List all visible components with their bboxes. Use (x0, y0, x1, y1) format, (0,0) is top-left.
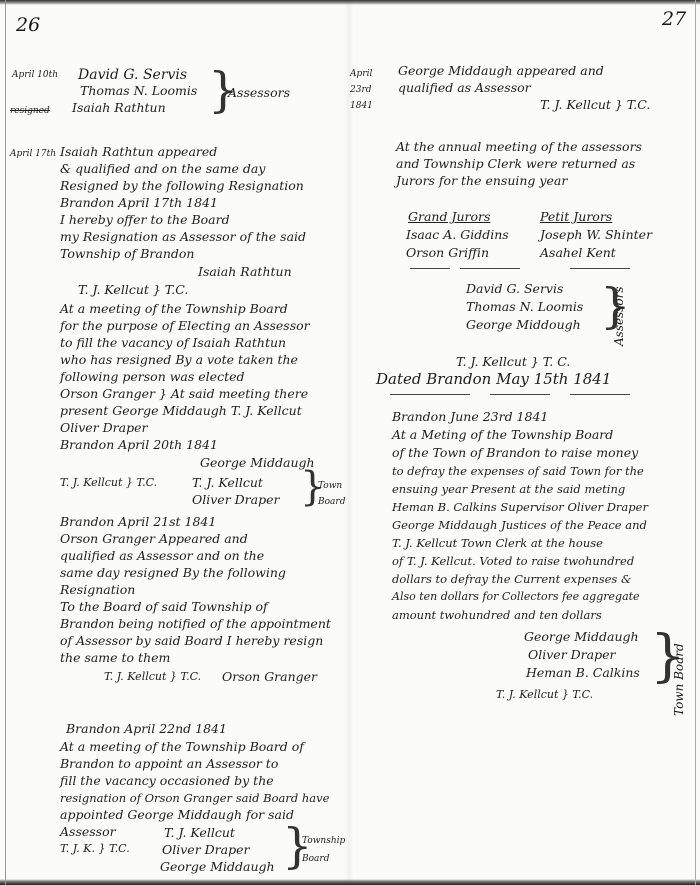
clerk-signature: T. J. Kellcut } T.C. (104, 670, 201, 684)
assessor-name: Thomas N. Loomis (80, 84, 197, 98)
entry-date: April 17th (10, 147, 56, 161)
petit-juror: Asahel Kent (540, 246, 616, 260)
entry-line: Oliver Draper (60, 421, 147, 435)
underline-rule (410, 268, 450, 269)
entry-line: At a meeting of the Township Board (60, 302, 288, 316)
entry-line: Brandon April 17th 1841 (60, 196, 218, 210)
entry-line: same day resigned By the following (60, 566, 286, 580)
divider-rule (390, 394, 470, 395)
entry-line: George Middaugh Justices of the Peace an… (392, 518, 647, 532)
grand-jurors-header: Grand Jurors (408, 210, 490, 224)
entry-line: present George Middaugh T. J. Kellcut (60, 404, 302, 418)
struck-note: resigned (10, 104, 50, 118)
board-signer: George Middaugh (524, 630, 639, 644)
board-signer: Heman B. Calkins (526, 666, 640, 680)
entry-line: resignation of Orson Granger said Board … (60, 791, 329, 805)
entry-line: Assessor (60, 825, 116, 839)
entry-line: Isaiah Rathtun appeared (60, 145, 217, 159)
entry-line: qualified as Assessor and on the (60, 549, 264, 563)
entry-line: and Township Clerk were returned as (396, 157, 635, 171)
grand-juror: Orson Griffin (406, 246, 489, 260)
entry-line: Brandon April 22nd 1841 (66, 722, 227, 736)
entry-line: Resignation (60, 583, 135, 597)
ledger-page-spread: 26 April 10th David G. Servis Thomas N. … (0, 0, 700, 885)
assessors-label: Assessors (612, 286, 626, 346)
board-label: Township Board (302, 832, 346, 868)
page-number-left: 26 (16, 14, 40, 36)
assessor-name: George Middough (466, 318, 581, 332)
page-gutter (344, 0, 354, 885)
clerk-signature: T. J. Kellcut } T.C. (496, 688, 593, 702)
entry-line: ensuing year Present at the said meting (392, 482, 625, 496)
entry-line: my Resignation as Assessor of the said (60, 230, 306, 244)
divider-rule (490, 394, 550, 395)
entry-line: T. J. Kellcut Town Clerk at the house (392, 536, 603, 550)
entry-line: At the annual meeting of the assessors (396, 140, 642, 154)
entry-line: for the purpose of Electing an Assessor (60, 319, 310, 333)
entry-line: amount twohundred and ten dollars (392, 608, 602, 622)
clerk-signature: T. J. Kellcut } T.C. (60, 476, 157, 490)
entry-line: of T. J. Kellcut. Voted to raise twohund… (392, 554, 634, 568)
divider-rule (570, 394, 630, 395)
entry-line: of Assessor by said Board I hereby resig… (60, 634, 323, 648)
assessor-name: David G. Servis (78, 68, 187, 82)
entry-date: April 23rd 1841 (350, 66, 390, 114)
entry-line: Jurors for the ensuing year (396, 174, 567, 188)
assessor-name: Thomas N. Loomis (466, 300, 583, 314)
underline-rule (460, 268, 520, 269)
clerk-signature: T. J. K. } T.C. (60, 842, 130, 856)
entry-line: to defray the expenses of said Town for … (392, 464, 644, 478)
right-margin-rule (695, 0, 696, 885)
entry-line: appointed George Middaugh for said (60, 808, 294, 822)
grand-juror: Isaac A. Giddins (406, 228, 509, 242)
entry-line: At a meeting of the Township Board of (60, 740, 304, 754)
entry-line: to fill the vacancy of Isaiah Rathtun (60, 336, 286, 350)
clerk-signature: T. J. Kellcut } T. C. (456, 355, 570, 369)
entry-line: the same to them (60, 651, 170, 665)
entry-line: Orson Granger } At said meeting there (60, 387, 308, 401)
underline-rule (570, 268, 630, 269)
entry-line: Also ten dollars for Collectors fee aggr… (392, 590, 640, 604)
clerk-signature: T. J. Kellcut } T.C. (540, 98, 650, 112)
board-label: Town Board (318, 478, 344, 510)
entry-line: fill the vacancy occasioned by the (60, 774, 274, 788)
entry-line: Brandon to appoint an Assessor to (60, 757, 278, 771)
assessor-name: David G. Servis (466, 282, 563, 296)
board-signer: George Middaugh (160, 860, 275, 874)
entry-date: April 10th (12, 68, 58, 82)
entry-line: following person was elected (60, 370, 245, 384)
page-number-right: 27 (662, 8, 686, 30)
dated-line: Dated Brandon May 15th 1841 (376, 372, 611, 386)
entry-line: qualified as Assessor (398, 81, 531, 95)
entry-line: Heman B. Calkins Supervisor Oliver Drape… (392, 500, 648, 514)
clerk-signature: T. J. Kellcut } T.C. (78, 283, 188, 297)
entry-line: who has resigned By a vote taken the (60, 353, 298, 367)
entry-line: I hereby offer to the Board (60, 213, 230, 227)
entry-line: dollars to defray the Current expenses & (392, 572, 631, 586)
entry-line: Brandon April 21st 1841 (60, 515, 216, 529)
signature: Isaiah Rathtun (198, 265, 292, 279)
entry-line: Brandon April 20th 1841 (60, 438, 218, 452)
board-signer: Oliver Draper (162, 843, 249, 857)
signature: Orson Granger (222, 670, 317, 684)
petit-jurors-header: Petit Jurors (540, 210, 612, 224)
entry-line: To the Board of said Township of (60, 600, 268, 614)
board-signer: Oliver Draper (192, 493, 279, 507)
entry-line: George Middaugh appeared and (398, 64, 604, 78)
entry-line: of the Town of Brandon to raise money (392, 446, 638, 460)
entry-line: Township of Brandon (60, 247, 194, 261)
entry-line: Resigned by the following Resignation (60, 179, 304, 193)
entry-line: & qualified and on the same day (60, 162, 265, 176)
board-signer: T. J. Kellcut (192, 476, 263, 490)
entry-line: Brandon being notified of the appointmen… (60, 617, 331, 631)
entry-line: At a Meting of the Township Board (392, 428, 613, 442)
petit-juror: Joseph W. Shinter (540, 228, 652, 242)
board-signer: George Middaugh (200, 456, 315, 470)
board-signer: T. J. Kellcut (164, 826, 235, 840)
entry-line: Brandon June 23rd 1841 (392, 410, 548, 424)
left-margin-rule (5, 0, 6, 885)
assessor-name: Isaiah Rathtun (72, 101, 166, 115)
board-signer: Oliver Draper (528, 648, 615, 662)
entry-line: Orson Granger Appeared and (60, 532, 248, 546)
board-label: Town Board (672, 643, 686, 716)
role-label: Assessors (228, 86, 290, 100)
